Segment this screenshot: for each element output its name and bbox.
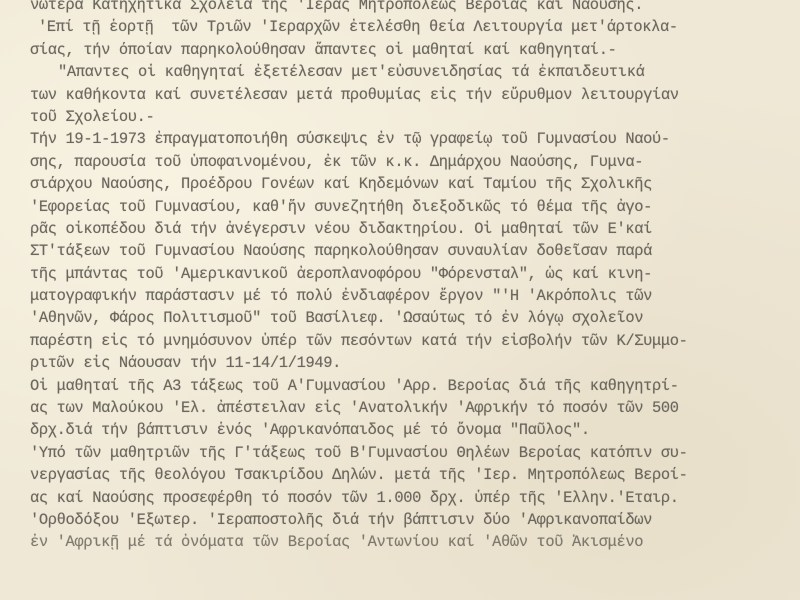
- typewritten-text-block: νώτερα Κατηχητικά Σχολεΐα τής 'Ιεράς Μητ…: [30, 0, 790, 554]
- text-line-8: σης, παρουσία τοῦ ὑποφαινομένου, ἐκ τῶν …: [30, 151, 790, 173]
- text-line-14: ματογραφικήν παράστασιν μέ τό πολύ ἐνδια…: [30, 285, 790, 307]
- text-line-21: 'Υπό τῶν μαθητριῶν τῆς Γ'τάξεως τοῦ Β'Γυ…: [30, 442, 790, 464]
- text-line-13: τῆς μπάντας τοῦ 'Αμερικανικοῦ ἀεροπλανοφ…: [30, 263, 790, 285]
- text-line-15: 'Αθηνῶν, Φάρος Πολιτισμοῦ" τοῦ Βασίλιεφ.…: [30, 307, 790, 329]
- text-line-25: ἐν 'Αφρικῇ μέ τά ὀνόματα τῶν Βεροίας 'Αν…: [30, 531, 790, 553]
- text-line-23: ας καί Ναούσης προσεφέρθη τό ποσόν τῶν 1…: [30, 487, 790, 509]
- text-line-17: ριτῶν εἰς Νάουσαν τήν 11-14/1/1949.: [30, 352, 790, 374]
- text-line-9: σιάρχου Ναούσης, Προέδρου Γονέων καί Κηδ…: [30, 173, 790, 195]
- text-line-19: ας των Μαλούκου 'Ελ. ἀπέστειλαν εἰς 'Ανα…: [30, 397, 790, 419]
- text-line-4: "Απαντες οἱ καθηγηταί ἐξετέλεσαν μετ'εὐσ…: [30, 61, 790, 83]
- text-line-5: των καθήκοντα καί συνετέλεσαν μετά προθυ…: [30, 84, 790, 106]
- text-line-20: δρχ.διά τήν βάπτισιν ἑνός 'Αφρικανόπαιδο…: [30, 419, 790, 441]
- text-line-24: 'Ορθοδόξου 'Εξωτερ. 'Ιεραποστολῆς διά τή…: [30, 509, 790, 531]
- text-line-12: ΣΤ'τάξεων τοῦ Γυμνασίου Ναούσης παρηκολο…: [30, 240, 790, 262]
- text-line-16: παρέστη εἰς τό μνημόσυνον ὑπέρ τῶν πεσόν…: [30, 330, 790, 352]
- text-line-1: νώτερα Κατηχητικά Σχολεΐα τής 'Ιεράς Μητ…: [30, 0, 790, 16]
- text-line-10: 'Εφορείας τοῦ Γυμνασίου, καθ'ἥν συνεζητή…: [30, 196, 790, 218]
- text-line-22: νεργασίας τῆς θεολόγου Τσακιρίδου Δηλών.…: [30, 464, 790, 486]
- text-line-7: Τήν 19-1-1973 ἐπραγματοποιήθη σύσκεψις ἐ…: [30, 128, 790, 150]
- text-line-18: Οἱ μαθηταί τῆς Α3 τάξεως τοῦ Α'Γυμνασίου…: [30, 375, 790, 397]
- text-line-3: σίας, τήν όποίαν παρηκολούθησαν ἅπαντες …: [30, 39, 790, 61]
- text-line-11: ρᾶς οἰκοπέδου διά τήν ἀνέγερσιν νέου διδ…: [30, 218, 790, 240]
- scanned-document-page: νώτερα Κατηχητικά Σχολεΐα τής 'Ιεράς Μητ…: [0, 0, 800, 600]
- text-line-6: τοῦ Σχολείου.-: [30, 106, 790, 128]
- text-line-2: 'Επί τῇ ἑορτῇ τῶν Τριῶν 'Ιεραρχῶν ἐτελέσ…: [30, 16, 790, 38]
